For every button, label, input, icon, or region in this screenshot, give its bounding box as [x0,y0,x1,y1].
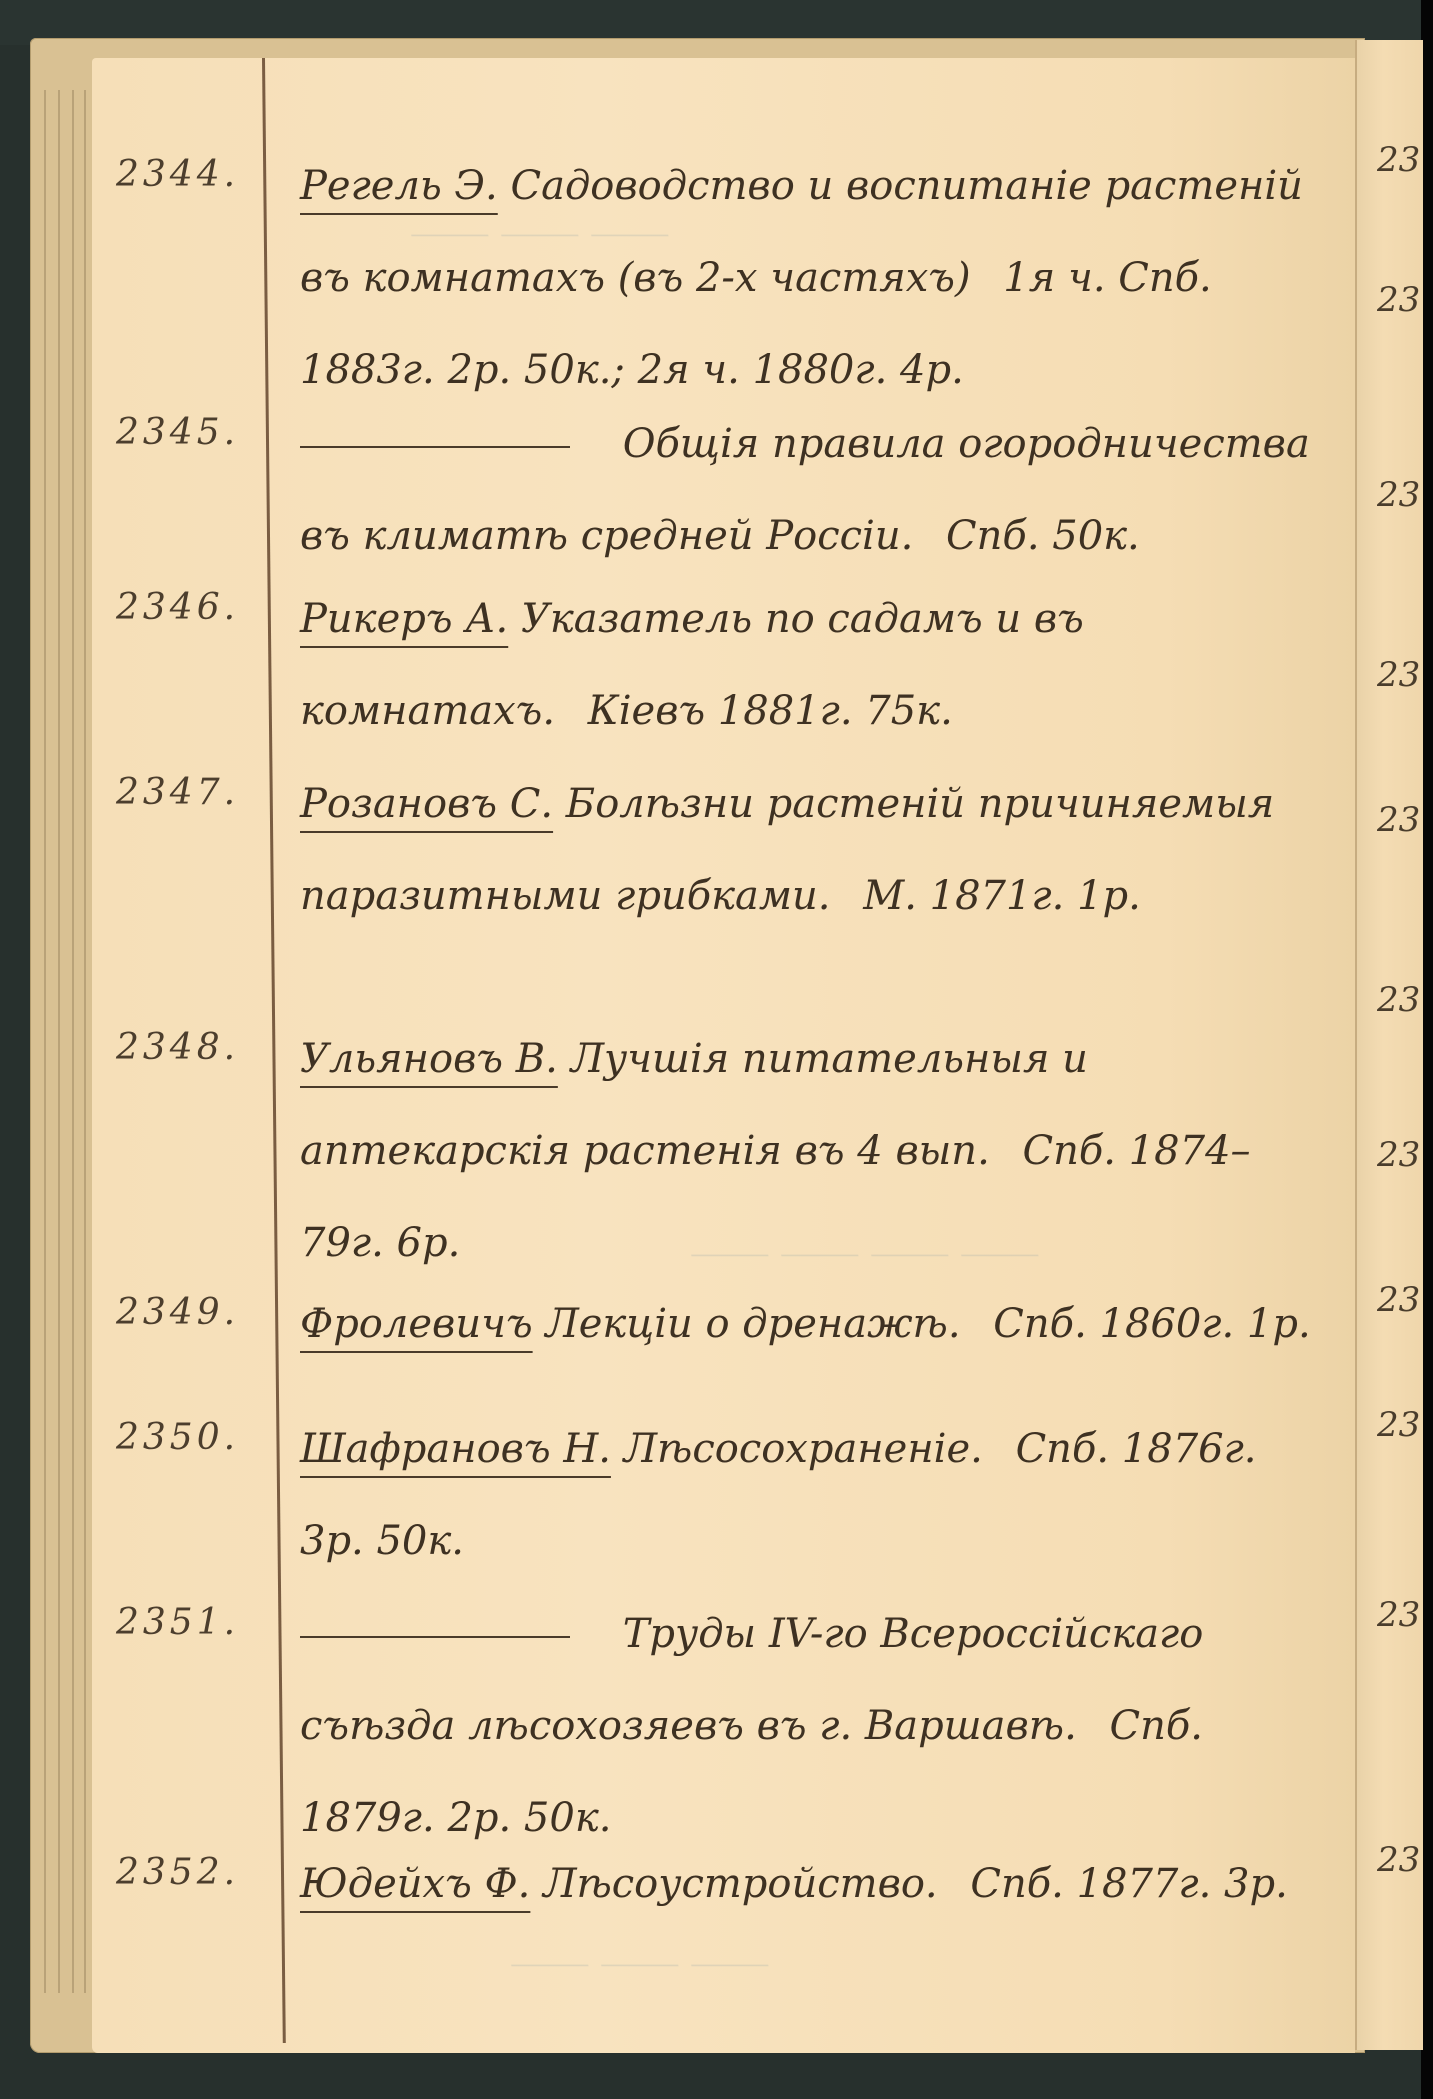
entry-number: 2344. [116,154,246,195]
entry-author: Рикеръ А. [300,596,508,642]
facing-entry-number: 23 [1377,1595,1423,1635]
entry-text: Ульяновъ В. Лучшія питательныя и аптекар… [300,1013,1330,1289]
facing-entry-number: 23 [1377,475,1423,515]
facing-entry-number: 23 [1377,655,1423,695]
entry-number: 2345. [116,412,246,453]
entry-title: Труды IV-го Всероссійскаго съѣзда лѣсохо… [300,1611,1203,1749]
facing-entry-number: 23 [1377,800,1423,840]
entry-imprint: Спб. 50к. [946,513,1140,559]
page-edge-line [72,90,74,1993]
entry-number: 2351. [116,1602,246,1643]
margin-rule [262,58,286,2043]
entry-text: Фролевичъ Лекціи о дренажѣ. Спб. 1860г. … [300,1278,1330,1370]
entry-text: Шафрановъ Н. Лѣсосохраненіе. Спб. 1876г.… [300,1403,1330,1587]
facing-entry-number: 23 [1377,1135,1423,1175]
entry-imprint: Спб. 1877г. 3р. [970,1861,1287,1907]
entry-number: 2346. [116,587,246,628]
entry-author: Ульяновъ В. [300,1036,558,1082]
entry-author: Фролевичъ [300,1301,533,1347]
entry-text: Розановъ С. Болѣзни растеній причиняемыя… [300,758,1330,942]
entry-title: Общія правила огородничества въ климатѣ … [300,421,1310,559]
ink-bleed-through: ⸻ ⸻ ⸻ [512,1938,772,1984]
entry-text: Общія правила огородничества въ климатѣ … [300,398,1330,582]
ditto-dash [300,1636,570,1638]
page-edge-line [44,90,46,1993]
entry-number: 2350. [116,1417,246,1458]
facing-entry-number: 23 [1377,140,1423,180]
entry-number: 2348. [116,1027,246,1068]
entry-title: Лѣсоустройство. [543,1861,938,1907]
entry-imprint: Кіевъ 1881г. 75к. [588,688,953,734]
entry-text: Юдейхъ Ф. Лѣсоустройство. Спб. 1877г. 3р… [300,1838,1330,1930]
facing-entry-number: 23 [1377,1840,1423,1880]
entry-number: 2347. [116,772,246,813]
entry-text: Регель Э. Садоводство и воспитаніе расте… [300,140,1330,416]
page-edge-line [58,90,60,1993]
entry-text: Труды IV-го Всероссійскаго съѣзда лѣсохо… [300,1588,1330,1864]
entry-author: Розановъ С. [300,781,553,827]
page-edge-line [84,90,86,1993]
entry-title: Лѣсосохраненіе. [624,1426,983,1472]
entry-author: Шафрановъ Н. [300,1426,611,1472]
facing-entry-number: 23 [1377,1405,1423,1445]
facing-entry-number: 23 [1377,980,1423,1020]
entry-imprint: М. 1871г. 1р. [863,873,1141,919]
entry-author: Регель Э. [300,163,498,209]
entry-imprint: Спб. 1860г. 1р. [993,1301,1310,1347]
entry-number: 2349. [116,1292,246,1333]
entry-title: Лекціи о дренажѣ. [545,1301,960,1347]
entry-number: 2352. [116,1852,246,1893]
entry-author: Юдейхъ Ф. [300,1861,530,1907]
ditto-dash [300,446,570,448]
catalogue-page: ⸻ ⸻ ⸻ ⸻ ⸻ ⸻ ⸻ ⸻ ⸻ ⸻ 2344. Регель Э. Садо… [92,58,1355,2053]
entry-text: Рикеръ А. Указатель по садамъ и въ комна… [300,573,1330,757]
facing-entry-number: 23 [1377,280,1423,320]
facing-entry-number: 23 [1377,1280,1423,1320]
facing-page-strip: 23 23 23 23 23 23 23 23 23 23 23 [1355,40,1423,2050]
